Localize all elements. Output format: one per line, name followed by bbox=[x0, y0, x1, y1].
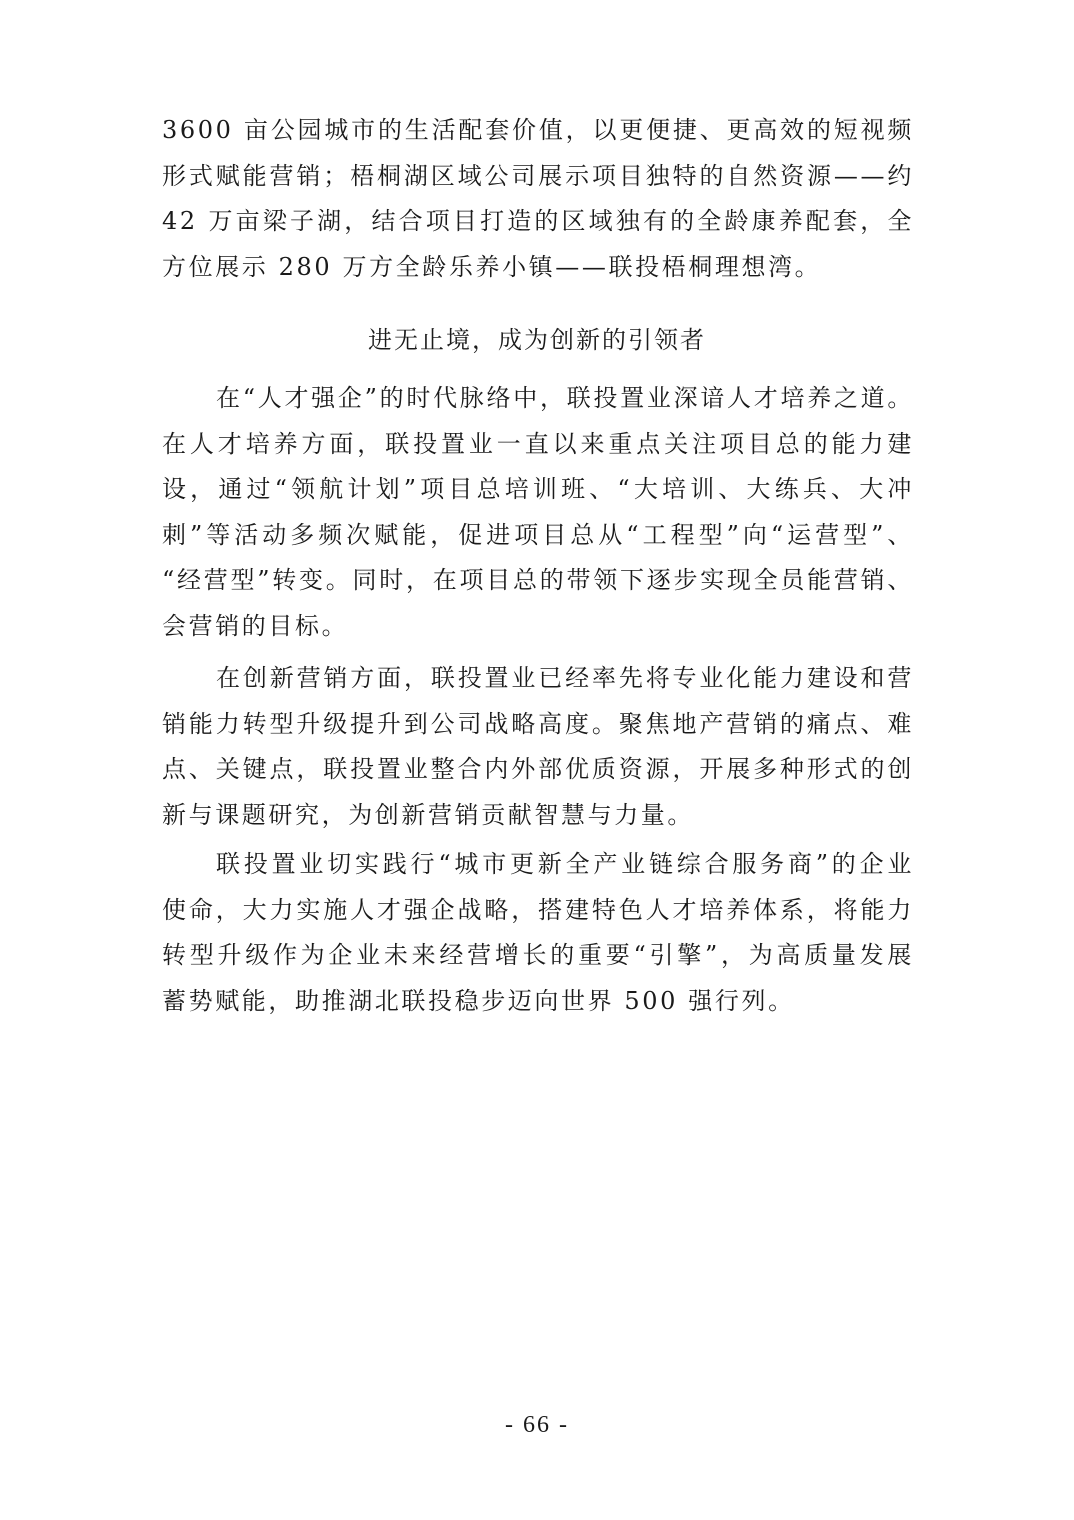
section-heading: 进无止境，成为创新的引领者 bbox=[0, 320, 1074, 360]
text-line: 在“人才强企”的时代脉络中，联投置业深谙人才培养之道。 bbox=[162, 376, 914, 422]
page-number: - 66 - bbox=[0, 1412, 1074, 1439]
paragraph-innovation: 在创新营销方面，联投置业已经率先将专业化能力建设和营 销能力转型升级提升到公司战… bbox=[162, 656, 914, 838]
paragraph-talent: 在“人才强企”的时代脉络中，联投置业深谙人才培养之道。 在人才培养方面，联投置业… bbox=[162, 376, 914, 649]
text-line: 新与课题研究，为创新营销贡献智慧与力量。 bbox=[162, 793, 914, 839]
text-line: 会营销的目标。 bbox=[162, 604, 914, 650]
text-line: 在创新营销方面，联投置业已经率先将专业化能力建设和营 bbox=[162, 656, 914, 702]
text-line: 蓄势赋能，助推湖北联投稳步迈向世界 500 强行列。 bbox=[162, 979, 914, 1025]
text-line: 3600 亩公园城市的生活配套价值，以更便捷、更高效的短视频 bbox=[162, 108, 914, 154]
text-line: 转型升级作为企业未来经营增长的重要“引擎”，为高质量发展 bbox=[162, 933, 914, 979]
text-line: 设，通过“领航计划”项目总培训班、“大培训、大练兵、大冲 bbox=[162, 467, 914, 513]
text-line: 在人才培养方面，联投置业一直以来重点关注项目总的能力建 bbox=[162, 422, 914, 468]
paragraph-intro: 3600 亩公园城市的生活配套价值，以更便捷、更高效的短视频 形式赋能营销；梧桐… bbox=[162, 108, 914, 290]
text-line: 点、关键点，联投置业整合内外部优质资源，开展多种形式的创 bbox=[162, 747, 914, 793]
text-line: 联投置业切实践行“城市更新全产业链综合服务商”的企业 bbox=[162, 842, 914, 888]
text-line: 使命，大力实施人才强企战略，搭建特色人才培养体系，将能力 bbox=[162, 888, 914, 934]
text-line: “经营型”转变。同时，在项目总的带领下逐步实现全员能营销、 bbox=[162, 558, 914, 604]
text-line: 42 万亩梁子湖，结合项目打造的区域独有的全龄康养配套，全 bbox=[162, 199, 914, 245]
text-line: 销能力转型升级提升到公司战略高度。聚焦地产营销的痛点、难 bbox=[162, 702, 914, 748]
text-line: 刺”等活动多频次赋能，促进项目总从“工程型”向“运营型”、 bbox=[162, 513, 914, 559]
paragraph-mission: 联投置业切实践行“城市更新全产业链综合服务商”的企业 使命，大力实施人才强企战略… bbox=[162, 842, 914, 1024]
text-line: 形式赋能营销；梧桐湖区域公司展示项目独特的自然资源——约 bbox=[162, 154, 914, 200]
document-page: 3600 亩公园城市的生活配套价值，以更便捷、更高效的短视频 形式赋能营销；梧桐… bbox=[0, 0, 1074, 1520]
text-line: 方位展示 280 万方全龄乐养小镇——联投梧桐理想湾。 bbox=[162, 245, 914, 291]
